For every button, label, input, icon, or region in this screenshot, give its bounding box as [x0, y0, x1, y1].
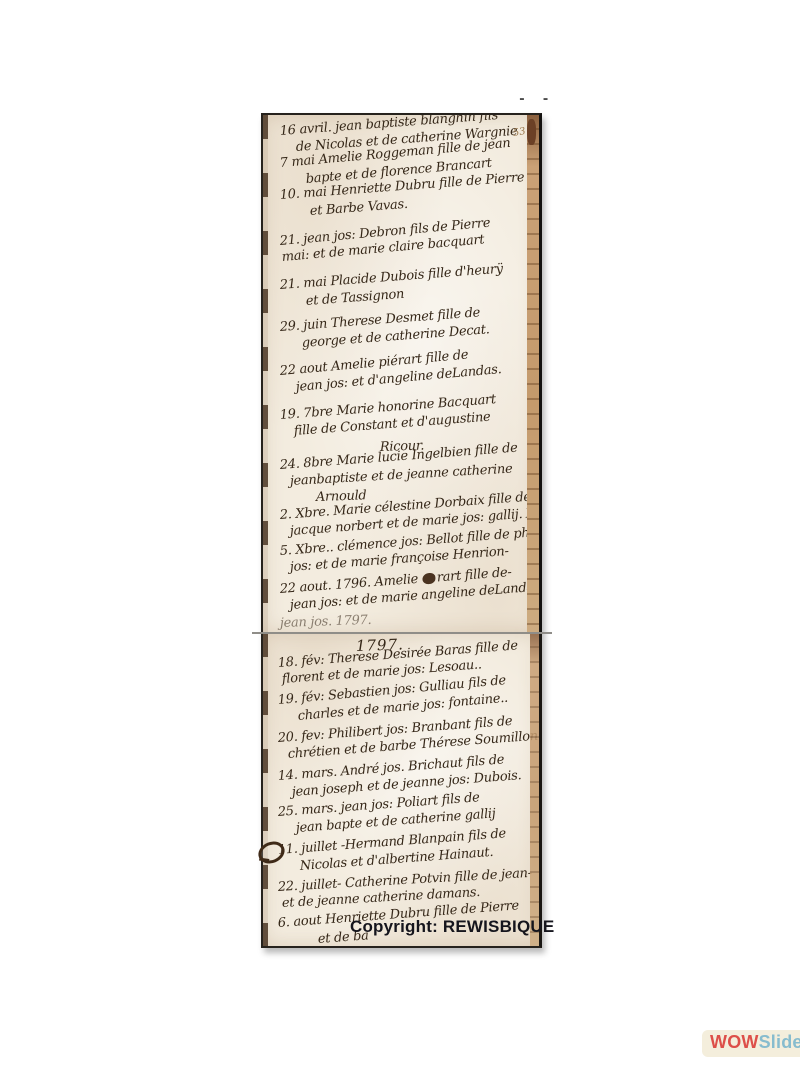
- page-fore-edge: [530, 633, 539, 946]
- copyright-watermark: Copyright: REWISBIQUE: [350, 917, 554, 937]
- cropped-text-mark: - -: [518, 92, 553, 107]
- manuscript-scan: 53 16 avril. jean baptiste blanghin fils…: [261, 113, 542, 948]
- binding-edge: [263, 633, 268, 946]
- badge-slider-text: Slider: [759, 1032, 800, 1052]
- ink-blot: [422, 573, 436, 585]
- page-fore-edge: [527, 115, 539, 633]
- register-page-1797: 1797. 18. fév: Therese Desirée Baras fil…: [261, 633, 542, 948]
- binding-edge: [263, 115, 268, 633]
- page-edge-stain: [527, 119, 536, 145]
- folio-number: 53: [512, 126, 526, 139]
- badge-wow-text: WOW: [710, 1032, 759, 1052]
- wowslider-badge[interactable]: WOWSlider: [702, 1030, 800, 1057]
- page-seam-line: [252, 632, 552, 634]
- register-page-1796: 53 16 avril. jean baptiste blanghin fils…: [261, 113, 542, 633]
